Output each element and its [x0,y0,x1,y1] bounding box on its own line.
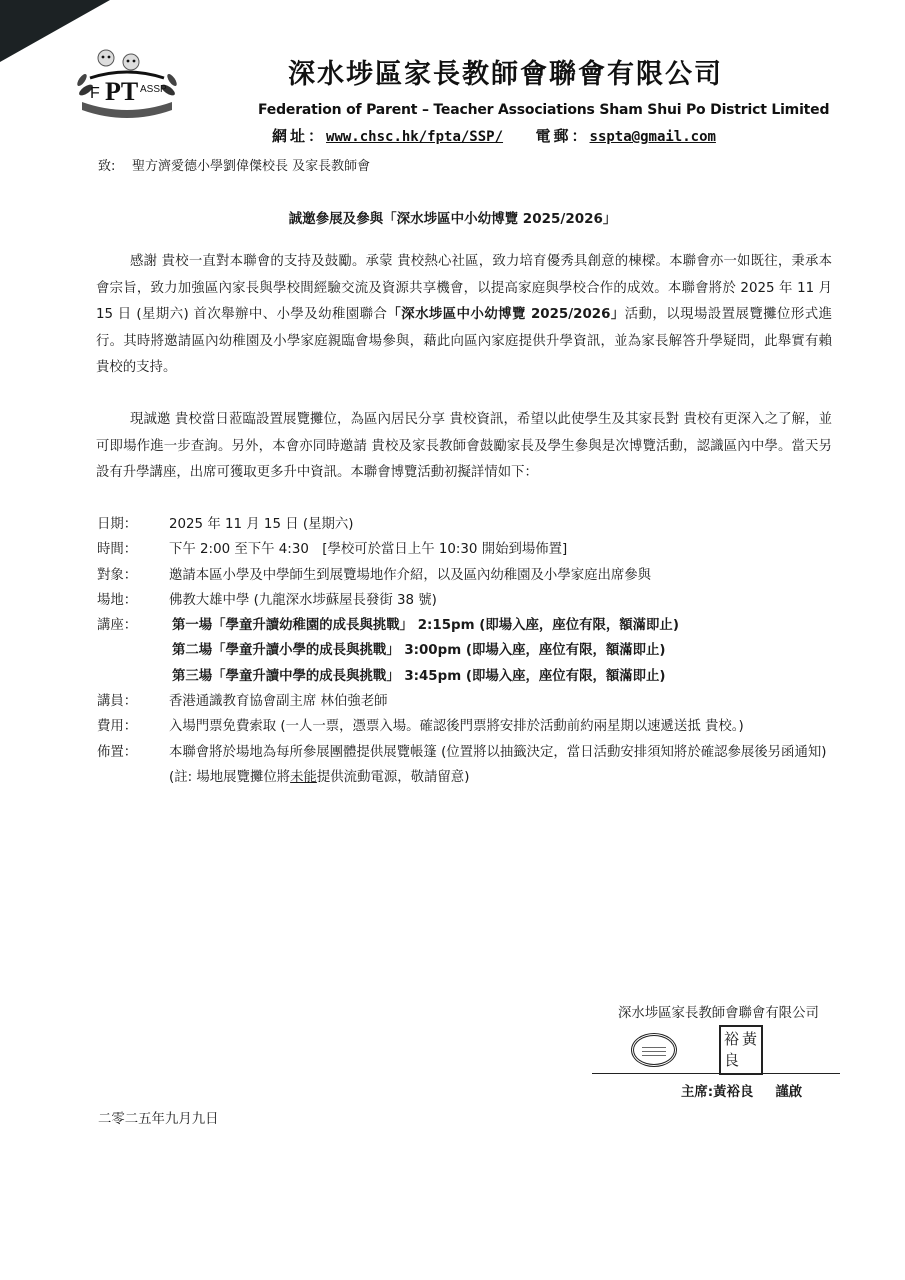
fpta-logo: F PT ASSP [68,40,186,118]
detail-label: 佈置： [97,740,169,791]
talk-time: 3:45pm [404,669,461,684]
detail-audience: 對象： 邀請本區小學及中學師生到展覽場地作介紹，以及區內幼稚園及小學家庭出席參與 [97,563,847,588]
talk-item: 第一場「學童升讀幼稚園的成長與挑戰」 2:15pm (即場入座，座位有限，額滿即… [169,613,847,638]
recipient-text: 聖方濟愛德小學劉偉傑校長 及家長教師會 [132,159,370,174]
organization-seal-stamp [631,1033,677,1067]
detail-fee: 費用： 入場門票免費索取 (一人一票，憑票入場。確認後門票將安排於活動前約兩星期… [97,714,847,739]
talk-title: 第三場「學童升讀中學的成長與挑戰」 [172,669,400,684]
talk-note: (即場入座，座位有限，額滿即止) [466,643,666,658]
underlined-emphasis: 未能 [290,770,317,785]
detail-label: 日期： [97,512,169,537]
website-link[interactable]: www.chsc.hk/fpta/SSP/ [326,129,503,145]
letter-title: 誠邀參展及參與「深水埗區中小幼博覽 2025/2026」 [0,207,905,227]
recipient-label: 致: [98,155,132,174]
svg-text:PT: PT [105,77,138,106]
detail-label: 講員： [97,689,169,714]
detail-value: 邀請本區小學及中學師生到展覽場地作介紹，以及區內幼稚園及小學家庭出席參與 [169,563,847,588]
detail-value: 入場門票免費索取 (一人一票，憑票入場。確認後門票將安排於活動前約兩星期以速遞送… [169,714,847,739]
org-name-chinese: 深水埗區家長教師會聯會有限公司 [288,52,723,91]
letter-date: 二零二五年九月九日 [98,1108,219,1127]
detail-label: 費用： [97,714,169,739]
talk-item: 第三場「學童升讀中學的成長與挑戰」 3:45pm (即場入座，座位有限，額滿即止… [169,664,847,689]
detail-venue: 場地： 佛教大雄中學 (九龍深水埗蘇屋長發街 38 號) [97,588,847,613]
detail-time: 時間： 下午 2:00 至下午 4:30 [學校可於當日上午 10:30 開始到… [97,537,847,562]
recipient-line: 致:聖方濟愛德小學劉偉傑校長 及家長教師會 [98,155,370,174]
detail-value: 本聯會將於場地為每所參展團體提供展覽帳篷 (位置將以抽籤決定，當日活動安排須知將… [169,740,847,791]
talk-title: 第二場「學童升讀小學的成長與挑戰」 [172,643,400,658]
signature-org: 深水埗區家長教師會聯會有限公司 [618,1002,819,1021]
detail-speaker: 講員： 香港通識教育協會副主席 林伯強老師 [97,689,847,714]
svg-text:ASSP: ASSP [140,84,167,95]
detail-value: 下午 2:00 至下午 4:30 [學校可於當日上午 10:30 開始到場佈置] [169,537,847,562]
personal-seal-stamp: 裕 黃 良 [719,1025,763,1075]
talk-time: 2:15pm [418,618,475,633]
signature-line [592,1073,840,1074]
paragraph-intro: 感謝 貴校一直對本聯會的支持及鼓勵。承蒙 貴校熱心社區，致力培育優秀具創意的棟樑… [96,249,832,382]
detail-date: 日期： 2025 年 11 月 15 日 (星期六) [97,512,847,537]
talk-note: (即場入座，座位有限，額滿即止) [479,618,679,633]
detail-label: 講座： [97,613,169,638]
detail-value: 佛教大雄中學 (九龍深水埗蘇屋長發街 38 號) [169,588,847,613]
email-link[interactable]: sspta@gmail.com [590,129,716,145]
detail-talk-1: 講座： 第一場「學童升讀幼稚園的成長與挑戰」 2:15pm (即場入座，座位有限… [97,613,847,638]
talk-item: 第二場「學童升讀小學的成長與挑戰」 3:00pm (即場入座，座位有限，額滿即止… [169,638,847,663]
talk-note: (即場入座，座位有限，額滿即止) [466,669,666,684]
detail-value: 2025 年 11 月 15 日 (星期六) [169,512,847,537]
talk-time: 3:00pm [404,643,461,658]
signer-name: 主席:黃裕良謹啟 [681,1081,802,1100]
website-label: 網址： [272,127,326,145]
detail-talk-2: 第二場「學童升讀小學的成長與挑戰」 3:00pm (即場入座，座位有限，額滿即止… [97,638,847,663]
org-name-english: Federation of Parent – Teacher Associati… [258,102,829,118]
detail-talk-3: 第三場「學童升讀中學的成長與挑戰」 3:45pm (即場入座，座位有限，額滿即止… [97,664,847,689]
detail-setup: 佈置： 本聯會將於場地為每所參展團體提供展覽帳篷 (位置將以抽籤決定，當日活動安… [97,740,847,791]
email-label: 電郵： [536,127,590,145]
closing: 謹啟 [775,1085,802,1100]
paragraph-invitation: 現誠邀 貴校當日蒞臨設置展覽攤位，為區內居民分享 貴校資訊，希望以此使學生及其家… [96,407,832,487]
event-details: 日期： 2025 年 11 月 15 日 (星期六) 時間： 下午 2:00 至… [97,512,847,790]
talk-title: 第一場「學童升讀幼稚園的成長與挑戰」 [172,618,413,633]
contact-line: 網址：www.chsc.hk/fpta/SSP/ 電郵：sspta@gmail.… [272,125,716,146]
detail-label: 時間： [97,537,169,562]
svg-text:F: F [90,85,100,102]
event-name-bold: 「深水埗區中小幼博覽 2025/2026」 [387,307,624,322]
detail-label: 對象： [97,563,169,588]
detail-value: 香港通識教育協會副主席 林伯強老師 [169,689,847,714]
detail-label: 場地： [97,588,169,613]
